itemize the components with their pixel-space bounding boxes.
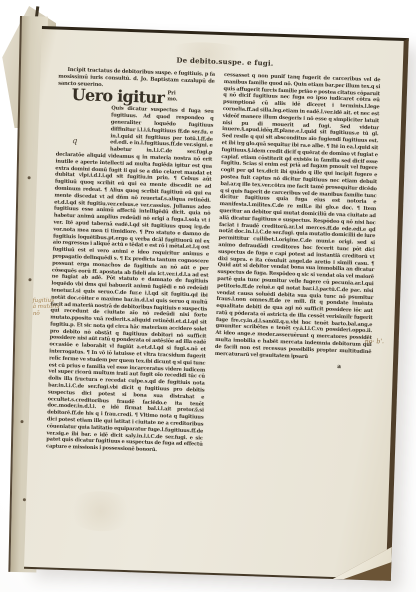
printed-text-block: De debito.suspe. e fugi. Incipit tractat… bbox=[46, 52, 381, 461]
photo-background: fugitius ā mutāris nō no· b'. De debito.… bbox=[0, 0, 416, 592]
signature-mark: a bbox=[214, 360, 371, 372]
wormhole-speck bbox=[28, 176, 31, 179]
blank-initial-space: q bbox=[56, 104, 111, 151]
right-column-body: cessasset q non punif tanq fugerit de ca… bbox=[215, 72, 381, 363]
heading-large-text: Uero igitur bbox=[71, 88, 164, 105]
left-column-text: qQuis dicatur suspectus d fuga seu fugit… bbox=[46, 104, 214, 456]
wormhole-speck bbox=[28, 278, 31, 281]
book-page: fugitius ā mutāris nō no· b'. De debito.… bbox=[24, 26, 409, 581]
page-stain bbox=[65, 490, 136, 532]
text-around-initial: Quis dicatur suspectus d fuga seu fugiti… bbox=[110, 106, 214, 156]
left-column-body: declaratōe aliquid videamus q in materia… bbox=[46, 151, 212, 453]
left-column: Incipit tractatus de debitoribus suspe. … bbox=[46, 67, 215, 456]
wormhole-speck bbox=[20, 420, 23, 423]
right-column: cessasset q non punif tanq fugerit de ca… bbox=[211, 72, 380, 461]
text-columns: Incipit tractatus de debitoribus suspe. … bbox=[46, 67, 381, 461]
initial-guide-letter: q bbox=[72, 138, 77, 145]
heading-small-text: Pri mo. bbox=[167, 92, 178, 104]
